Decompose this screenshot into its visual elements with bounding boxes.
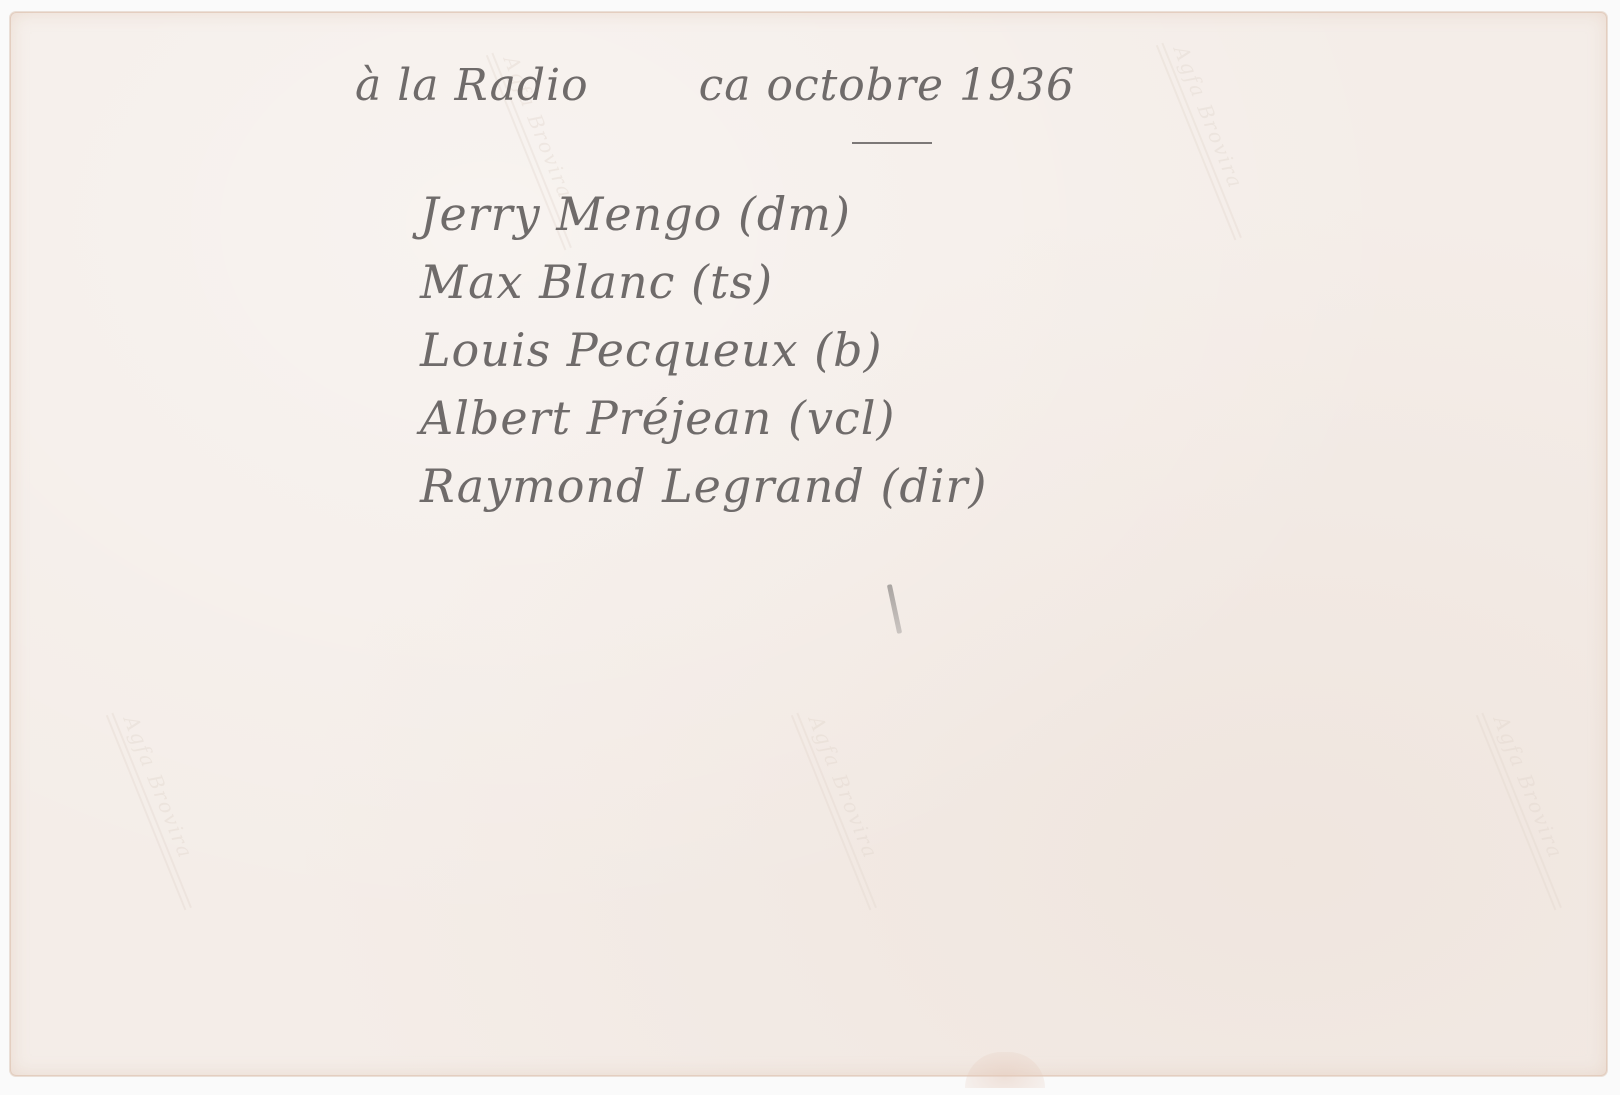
watermark-stamp: Agfa Brovira	[1152, 32, 1268, 242]
musician-role: (vcl)	[788, 391, 895, 445]
musician-role: (ts)	[691, 255, 773, 309]
edge-aging	[10, 12, 1607, 1076]
musician-name: Raymond Legrand	[420, 459, 865, 513]
personnel-row: Louis Pecqueux (b)	[420, 316, 987, 384]
musician-role: (dm)	[738, 187, 851, 241]
photo-back-paper: Agfa Brovira Agfa Brovira Agfa Brovira A…	[10, 12, 1607, 1076]
scene: Agfa Brovira Agfa Brovira Agfa Brovira A…	[0, 0, 1620, 1095]
header-note: à la Radio ca octobre 1936	[355, 60, 1075, 111]
watermark-stamp: Agfa Brovira	[1472, 702, 1588, 912]
pencil-divider	[852, 142, 932, 144]
musician-name: Albert Préjean	[420, 391, 772, 445]
personnel-row: Raymond Legrand (dir)	[420, 452, 987, 520]
musician-name: Jerry Mengo	[420, 187, 722, 241]
musician-name: Louis Pecqueux	[420, 323, 799, 377]
musician-role: (dir)	[880, 459, 987, 513]
pencil-stroke-mark	[887, 584, 902, 634]
personnel-row: Max Blanc (ts)	[420, 248, 987, 316]
musician-name: Max Blanc	[420, 255, 675, 309]
personnel-row: Albert Préjean (vcl)	[420, 384, 987, 452]
watermark-stamp: Agfa Brovira	[102, 702, 218, 912]
date-note: ca octobre 1936	[699, 60, 1075, 111]
musician-role: (b)	[814, 323, 882, 377]
personnel-list: Jerry Mengo (dm) Max Blanc (ts) Louis Pe…	[420, 180, 987, 520]
watermark-stamp: Agfa Brovira	[787, 702, 903, 912]
paper-stain	[965, 1052, 1045, 1088]
location-note: à la Radio	[355, 60, 589, 111]
personnel-row: Jerry Mengo (dm)	[420, 180, 987, 248]
